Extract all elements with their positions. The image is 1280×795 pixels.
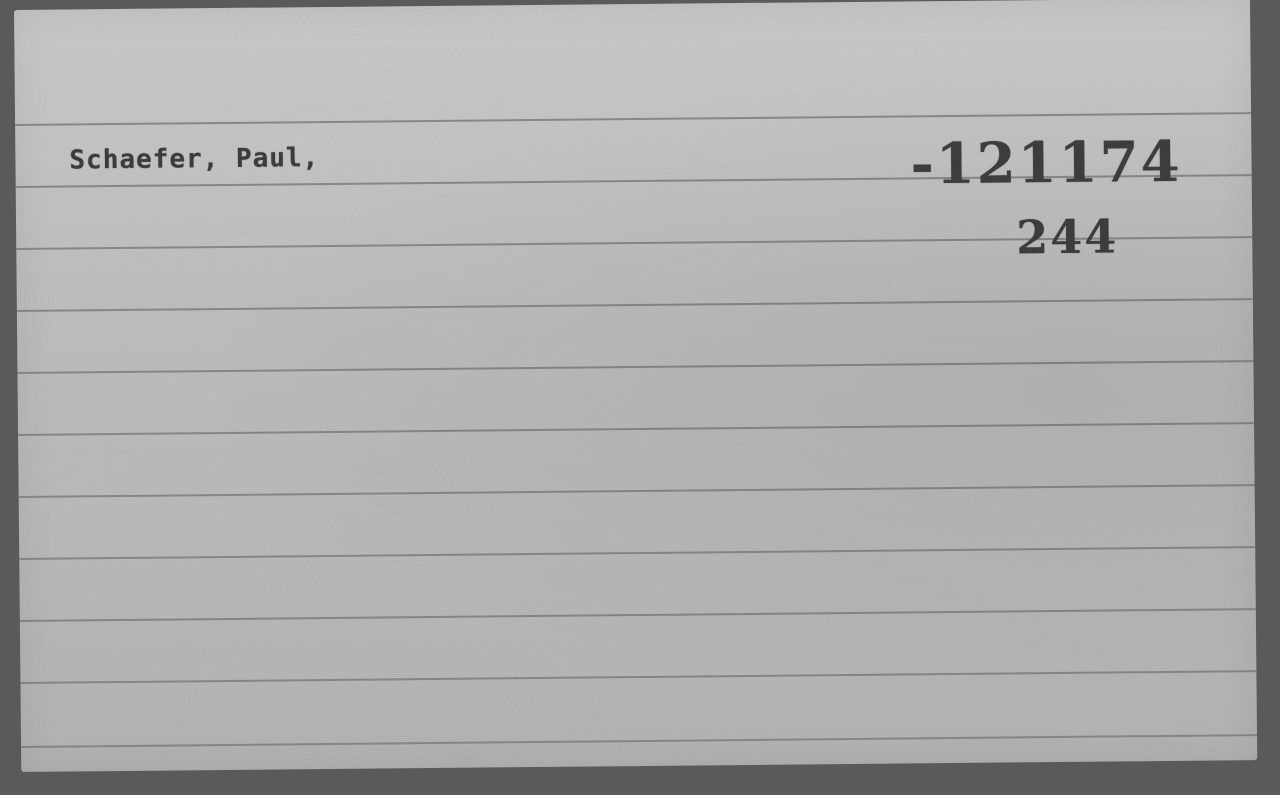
ruled-line [15, 112, 1251, 126]
ruled-line [19, 484, 1255, 498]
ruled-line [20, 670, 1256, 684]
index-card: Schaefer, Paul, -121174 244 [14, 0, 1257, 772]
ruled-line [18, 422, 1254, 436]
secondary-number: 244 [1016, 209, 1119, 264]
ruled-line [19, 546, 1255, 560]
ruled-line [20, 608, 1256, 622]
ruled-line [17, 298, 1253, 312]
ruled-line [17, 360, 1253, 374]
record-number: -121174 [910, 129, 1182, 198]
ruled-line [21, 734, 1257, 748]
person-name: Schaefer, Paul, [69, 143, 319, 175]
